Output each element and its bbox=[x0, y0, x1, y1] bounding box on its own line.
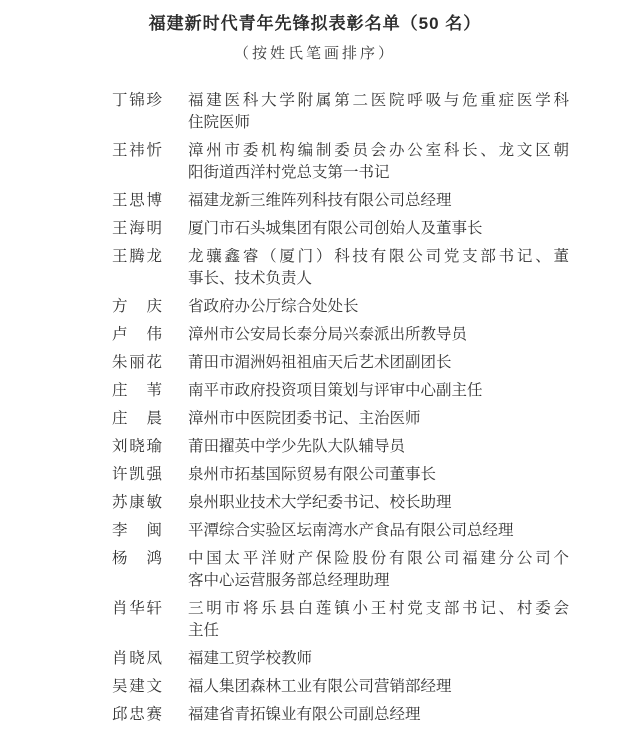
position-line: 漳州市公安局长泰分局兴泰派出所教导员 bbox=[188, 324, 569, 346]
person-name: 李闽 bbox=[112, 520, 162, 542]
person-position: 厦门市石头城集团有限公司创始人及董事长 bbox=[188, 218, 569, 240]
person-position: 福建龙新三维阵列科技有限公司总经理 bbox=[188, 190, 569, 212]
position-line: 主任 bbox=[188, 620, 569, 642]
document-page: 福建新时代青年先锋拟表彰名单（50 名） （按姓氏笔画排序） 丁锦珍福建医科大学… bbox=[0, 0, 630, 735]
position-line: 福建医科大学附属第二医院呼吸与危重症医学科 bbox=[188, 90, 569, 112]
list-item: 肖华轩三明市将乐县白莲镇小王村党支部书记、村委会主任 bbox=[112, 598, 630, 642]
person-position: 莆田擢英中学少先队大队辅导员 bbox=[188, 436, 569, 458]
position-line: 中国太平洋财产保险股份有限公司福建分公司个 bbox=[188, 548, 569, 570]
list-item: 王腾龙龙骧鑫睿（厦门）科技有限公司党支部书记、董事长、技术负责人 bbox=[112, 246, 630, 290]
position-line: 事长、技术负责人 bbox=[188, 268, 569, 290]
list-item: 许凯强泉州市拓基国际贸易有限公司董事长 bbox=[112, 464, 630, 486]
list-item: 刘晓瑜莆田擢英中学少先队大队辅导员 bbox=[112, 436, 630, 458]
person-position: 福建工贸学校教师 bbox=[188, 648, 569, 670]
person-name: 王思博 bbox=[112, 190, 162, 212]
position-line: 莆田擢英中学少先队大队辅导员 bbox=[188, 436, 569, 458]
person-name: 王祎忻 bbox=[112, 140, 162, 162]
position-line: 阳街道西洋村党总支第一书记 bbox=[188, 162, 569, 184]
list-item: 吴建文福人集团森林工业有限公司营销部经理 bbox=[112, 676, 630, 698]
list-item: 方庆省政府办公厅综合处处长 bbox=[112, 296, 630, 318]
list-item: 杨鸿中国太平洋财产保险股份有限公司福建分公司个客中心运营服务部总经理助理 bbox=[112, 548, 630, 592]
person-position: 龙骧鑫睿（厦门）科技有限公司党支部书记、董事长、技术负责人 bbox=[188, 246, 569, 290]
list-item: 朱丽花莆田市湄洲妈祖祖庙天后艺术团副团长 bbox=[112, 352, 630, 374]
list-item: 王思博福建龙新三维阵列科技有限公司总经理 bbox=[112, 190, 630, 212]
list-item: 李闽平潭综合实验区坛南湾水产食品有限公司总经理 bbox=[112, 520, 630, 542]
position-line: 漳州市中医院团委书记、主治医师 bbox=[188, 408, 569, 430]
position-line: 福建省青拓镍业有限公司副总经理 bbox=[188, 704, 569, 726]
position-line: 龙骧鑫睿（厦门）科技有限公司党支部书记、董 bbox=[188, 246, 569, 268]
list-item: 卢伟漳州市公安局长泰分局兴泰派出所教导员 bbox=[112, 324, 630, 346]
person-name: 肖华轩 bbox=[112, 598, 162, 620]
person-position: 漳州市中医院团委书记、主治医师 bbox=[188, 408, 569, 430]
list-item: 丁锦珍福建医科大学附属第二医院呼吸与危重症医学科住院医师 bbox=[112, 90, 630, 134]
list-item: 王海明厦门市石头城集团有限公司创始人及董事长 bbox=[112, 218, 630, 240]
person-name: 卢伟 bbox=[112, 324, 162, 346]
person-name: 杨鸿 bbox=[112, 548, 162, 570]
commendation-list: 丁锦珍福建医科大学附属第二医院呼吸与危重症医学科住院医师王祎忻漳州市委机构编制委… bbox=[112, 90, 630, 726]
person-position: 南平市政府投资项目策划与评审中心副主任 bbox=[188, 380, 569, 402]
position-line: 漳州市委机构编制委员会办公室科长、龙文区朝 bbox=[188, 140, 569, 162]
position-line: 平潭综合实验区坛南湾水产食品有限公司总经理 bbox=[188, 520, 569, 542]
person-position: 福建省青拓镍业有限公司副总经理 bbox=[188, 704, 569, 726]
list-item: 王祎忻漳州市委机构编制委员会办公室科长、龙文区朝阳街道西洋村党总支第一书记 bbox=[112, 140, 630, 184]
person-position: 三明市将乐县白莲镇小王村党支部书记、村委会主任 bbox=[188, 598, 569, 642]
position-line: 厦门市石头城集团有限公司创始人及董事长 bbox=[188, 218, 569, 240]
position-line: 福人集团森林工业有限公司营销部经理 bbox=[188, 676, 569, 698]
person-name: 邱忠赛 bbox=[112, 704, 162, 726]
person-name: 庄苇 bbox=[112, 380, 162, 402]
person-name: 苏康敏 bbox=[112, 492, 162, 514]
person-position: 泉州职业技术大学纪委书记、校长助理 bbox=[188, 492, 569, 514]
person-position: 中国太平洋财产保险股份有限公司福建分公司个客中心运营服务部总经理助理 bbox=[188, 548, 569, 592]
person-name: 刘晓瑜 bbox=[112, 436, 162, 458]
list-item: 庄晨漳州市中医院团委书记、主治医师 bbox=[112, 408, 630, 430]
list-item: 邱忠赛福建省青拓镍业有限公司副总经理 bbox=[112, 704, 630, 726]
person-position: 漳州市委机构编制委员会办公室科长、龙文区朝阳街道西洋村党总支第一书记 bbox=[188, 140, 569, 184]
person-name: 庄晨 bbox=[112, 408, 162, 430]
person-name: 王腾龙 bbox=[112, 246, 162, 268]
position-line: 泉州市拓基国际贸易有限公司董事长 bbox=[188, 464, 569, 486]
position-line: 泉州职业技术大学纪委书记、校长助理 bbox=[188, 492, 569, 514]
list-item: 庄苇南平市政府投资项目策划与评审中心副主任 bbox=[112, 380, 630, 402]
position-line: 客中心运营服务部总经理助理 bbox=[188, 570, 569, 592]
person-position: 漳州市公安局长泰分局兴泰派出所教导员 bbox=[188, 324, 569, 346]
position-line: 三明市将乐县白莲镇小王村党支部书记、村委会 bbox=[188, 598, 569, 620]
position-line: 福建龙新三维阵列科技有限公司总经理 bbox=[188, 190, 569, 212]
person-position: 平潭综合实验区坛南湾水产食品有限公司总经理 bbox=[188, 520, 569, 542]
position-line: 南平市政府投资项目策划与评审中心副主任 bbox=[188, 380, 569, 402]
person-name: 肖晓凤 bbox=[112, 648, 162, 670]
list-item: 苏康敏泉州职业技术大学纪委书记、校长助理 bbox=[112, 492, 630, 514]
person-name: 王海明 bbox=[112, 218, 162, 240]
position-line: 福建工贸学校教师 bbox=[188, 648, 569, 670]
position-line: 莆田市湄洲妈祖祖庙天后艺术团副团长 bbox=[188, 352, 569, 374]
person-name: 朱丽花 bbox=[112, 352, 162, 374]
position-line: 住院医师 bbox=[188, 112, 569, 134]
person-position: 福建医科大学附属第二医院呼吸与危重症医学科住院医师 bbox=[188, 90, 569, 134]
person-name: 方庆 bbox=[112, 296, 162, 318]
person-name: 吴建文 bbox=[112, 676, 162, 698]
person-position: 莆田市湄洲妈祖祖庙天后艺术团副团长 bbox=[188, 352, 569, 374]
position-line: 省政府办公厅综合处处长 bbox=[188, 296, 569, 318]
person-position: 省政府办公厅综合处处长 bbox=[188, 296, 569, 318]
page-subtitle: （按姓氏笔画排序） bbox=[0, 44, 630, 64]
list-item: 肖晓凤福建工贸学校教师 bbox=[112, 648, 630, 670]
page-title: 福建新时代青年先锋拟表彰名单（50 名） bbox=[0, 0, 630, 35]
person-name: 许凯强 bbox=[112, 464, 162, 486]
person-position: 福人集团森林工业有限公司营销部经理 bbox=[188, 676, 569, 698]
person-position: 泉州市拓基国际贸易有限公司董事长 bbox=[188, 464, 569, 486]
person-name: 丁锦珍 bbox=[112, 90, 162, 112]
